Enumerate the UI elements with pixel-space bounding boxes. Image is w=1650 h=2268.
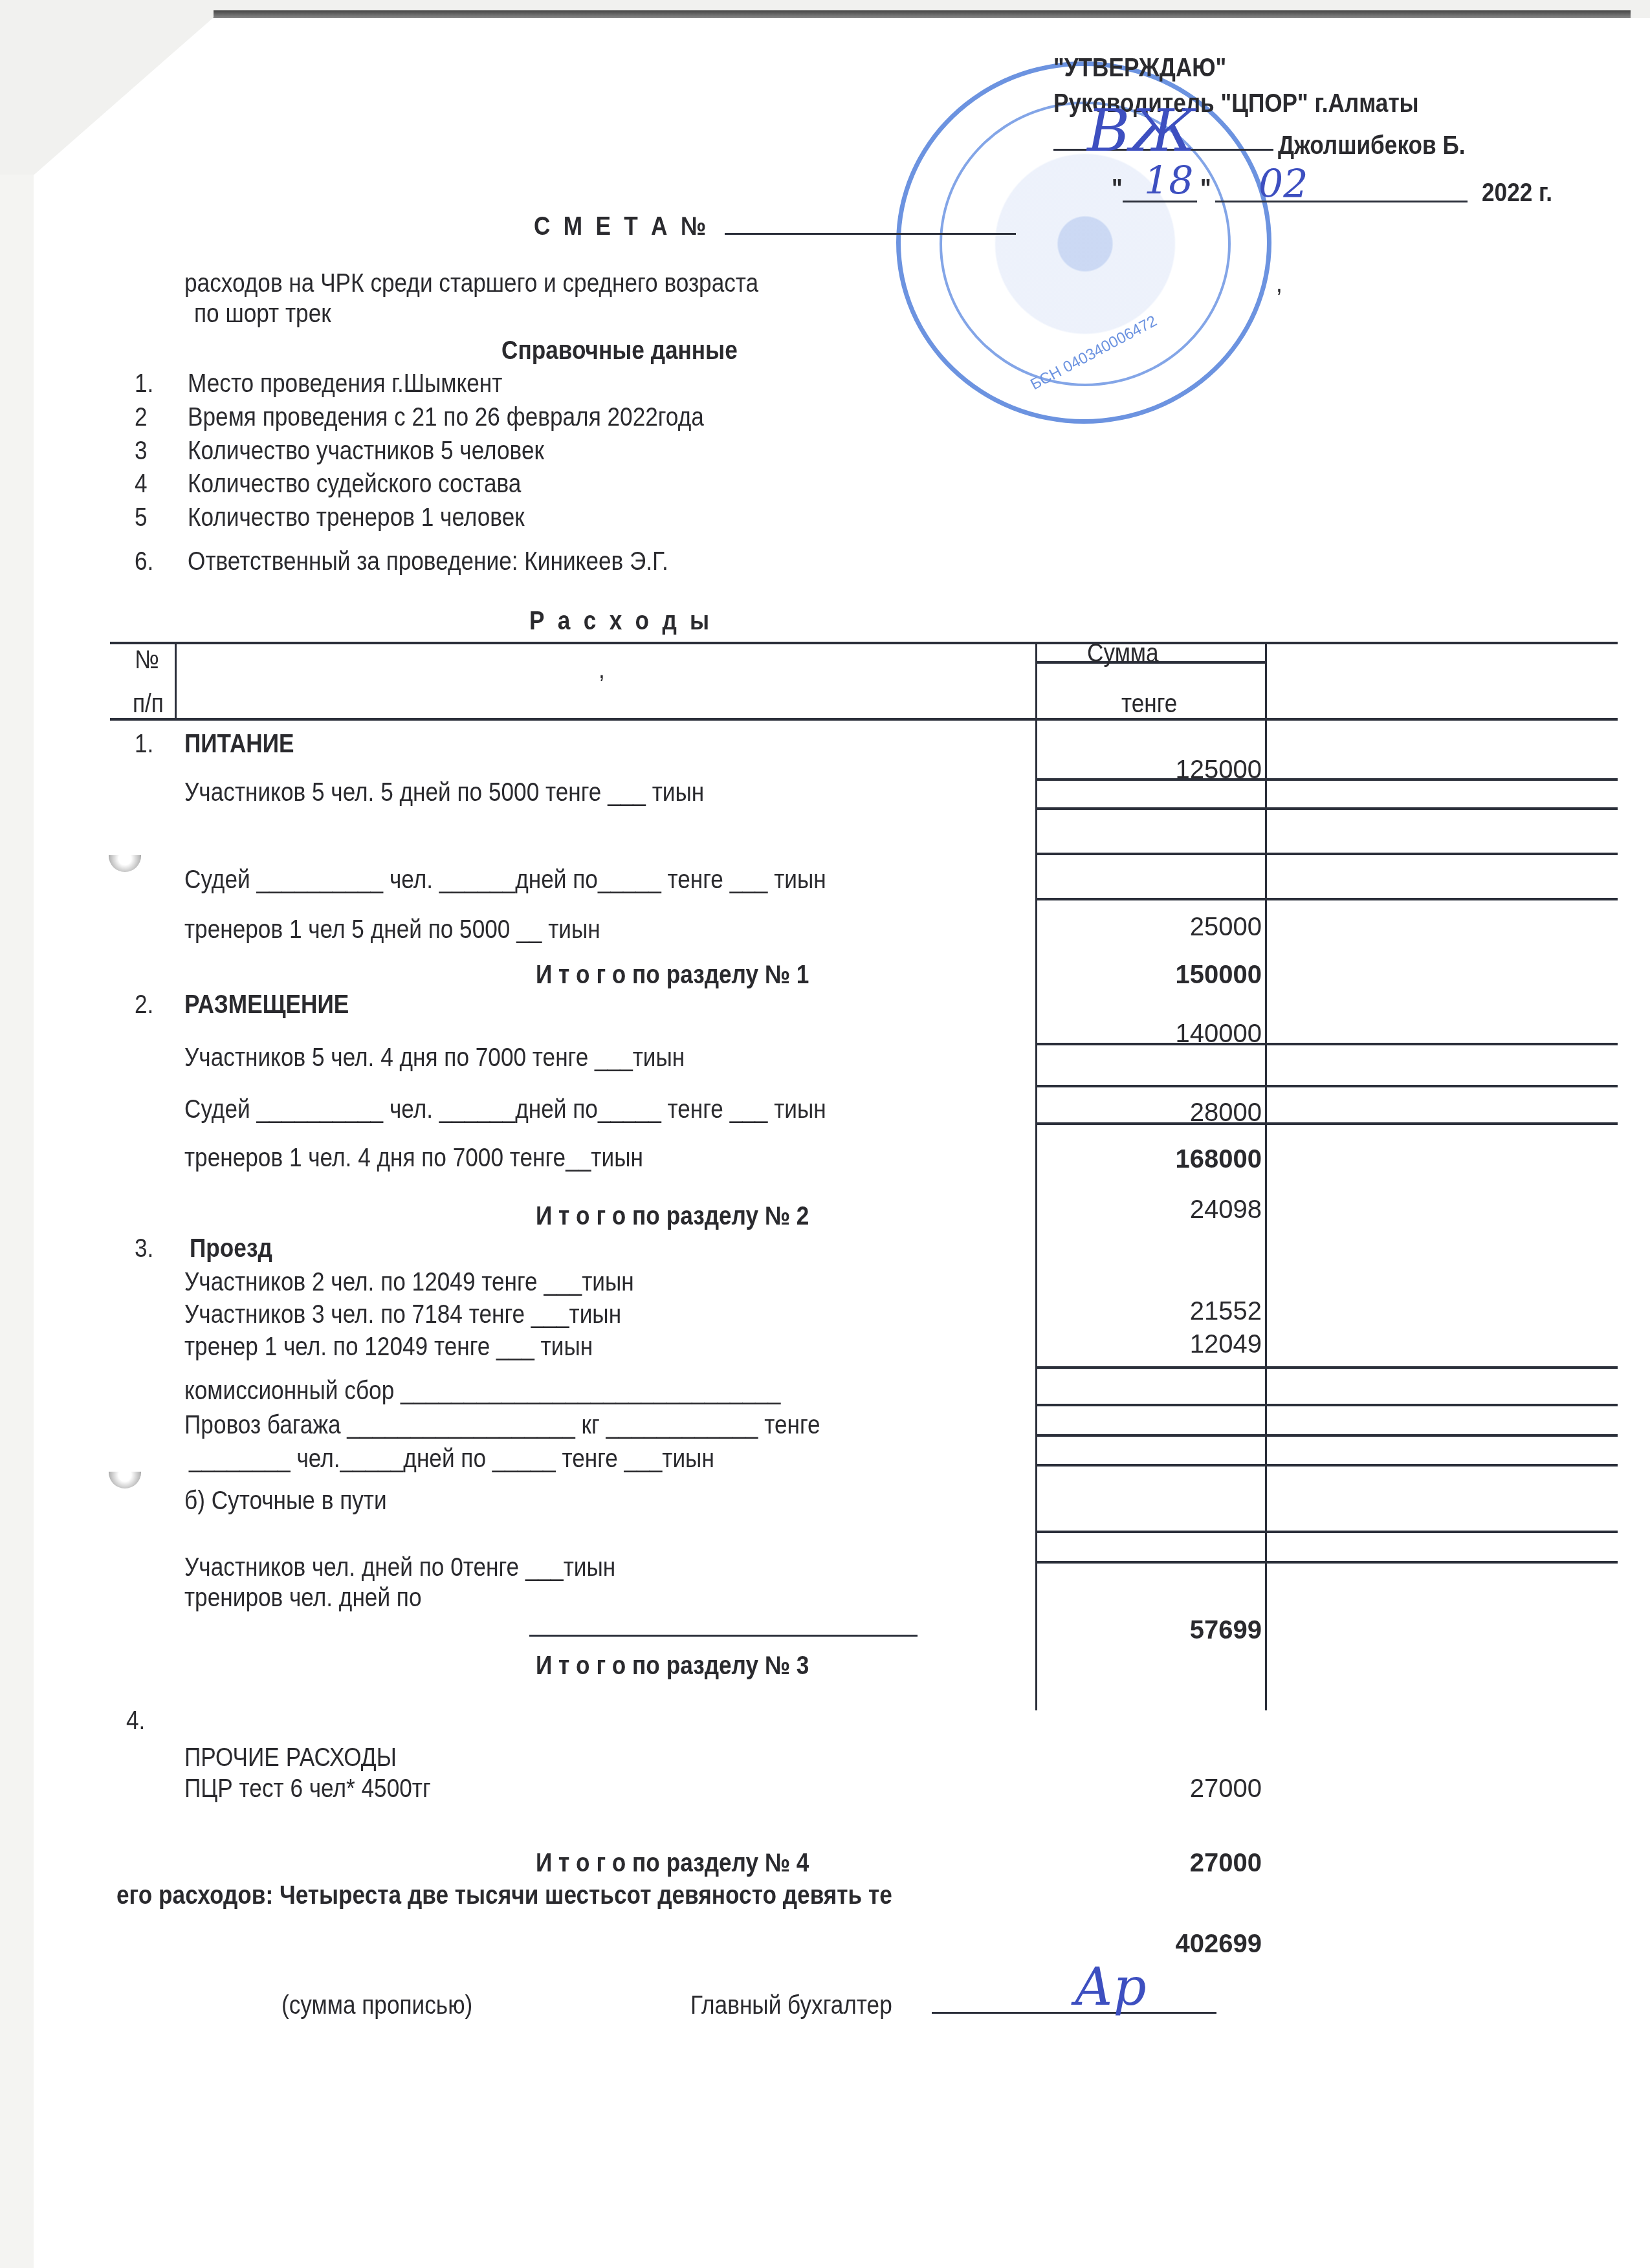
row-line <box>1035 1464 1618 1467</box>
expense-amount: 12049 <box>1171 1331 1262 1357</box>
grand-total-words: его расходов: Четыреста две тысячи шесть… <box>116 1882 892 1908</box>
reference-item: Количество тренеров 1 человек <box>188 505 525 530</box>
num-col-divider <box>175 643 177 718</box>
table-top-border <box>110 642 1618 644</box>
date-month: 02 <box>1259 162 1308 207</box>
reference-num: 5 <box>135 505 148 530</box>
document-subtitle-1: расходов на ЧРК среди старшего и среднег… <box>184 270 758 296</box>
expense-row: ________ чел._____дней по _____ тенге __… <box>189 1446 714 1472</box>
scan-edge-left <box>0 0 34 2268</box>
row-line <box>1035 1434 1618 1437</box>
estimate-number-line <box>725 233 1016 235</box>
section-3-total-line <box>529 1635 918 1637</box>
table-header-bottom <box>110 718 1618 721</box>
expense-amount: 27000 <box>1171 1776 1262 1802</box>
section-total-label: И т о г о по разделу № 4 <box>536 1850 809 1876</box>
section-total: 168000 <box>1171 1146 1262 1172</box>
reference-item: Количество судейского состава <box>188 471 521 497</box>
date-quote-close: " <box>1200 176 1211 202</box>
sum-col-left <box>1035 643 1037 1710</box>
date-year: 2022 г. <box>1482 180 1552 206</box>
expense-row: Участников 3 чел. по 7184 тенге ___тиын <box>184 1302 621 1327</box>
section-title: ПИТАНИЕ <box>184 731 294 757</box>
col-header-sum: Сумма <box>1087 640 1159 666</box>
reference-item: Ответственный за проведение: Киникеев Э.… <box>188 549 668 574</box>
col-header-currency: тенге <box>1121 691 1177 717</box>
expense-row: Провоз багажа __________________ кг ____… <box>184 1412 820 1438</box>
expense-row: тренер 1 чел. по 12049 тенге ___ тиын <box>184 1334 593 1360</box>
punch-hole-2 <box>109 1472 141 1488</box>
expense-row: Участников 5 чел. 5 дней по 5000 тенге _… <box>184 780 704 805</box>
section-total-label: И т о г о по разделу № 1 <box>536 962 809 988</box>
sum-col-right <box>1265 643 1267 1710</box>
expense-row: тренеров 1 чел. 4 дня по 7000 тенге__тиы… <box>184 1145 643 1171</box>
section-total: 27000 <box>1171 1850 1262 1876</box>
section-num: 4. <box>126 1708 145 1734</box>
reference-item: Количество участников 5 человек <box>188 438 544 464</box>
reference-num: 6. <box>135 549 153 574</box>
expense-row: ПЦР тест 6 чел* 4500тг <box>184 1776 431 1802</box>
grand-total: 402699 <box>1171 1931 1262 1957</box>
row-line <box>1035 778 1618 781</box>
stray-comma: , <box>1276 270 1282 296</box>
expense-row: Судей __________ чел. ______дней по_____… <box>184 1096 826 1122</box>
expense-row: трениров чел. дней по <box>184 1585 421 1611</box>
section-num: 3. <box>135 1236 153 1261</box>
scan-shadow-top <box>207 10 1631 18</box>
section-total: 57699 <box>1171 1617 1262 1643</box>
expense-amount: 28000 <box>1171 1100 1262 1126</box>
expenses-heading: Р а с х о д ы <box>529 608 712 634</box>
expense-row: Участников 2 чел. по 12049 тенге ___тиын <box>184 1269 634 1295</box>
reference-heading: Справочные данные <box>501 338 738 364</box>
date-quote-open: " <box>1112 176 1123 202</box>
row-line <box>1035 1043 1618 1045</box>
expense-amount: 25000 <box>1171 914 1262 940</box>
expense-amount: 24098 <box>1171 1197 1262 1223</box>
expense-row: Судей __________ чел. ______дней по_____… <box>184 867 826 893</box>
director-signature: ВЖ <box>1087 97 1195 165</box>
expense-row: тренеров 1 чел 5 дней по 5000 __ тиын <box>184 917 600 943</box>
approval-title: "УТВЕРЖДАЮ" <box>1053 55 1226 81</box>
date-day: 18 <box>1144 158 1193 204</box>
section-total-label: И т о г о по разделу № 3 <box>536 1653 809 1679</box>
reference-num: 1. <box>135 371 153 397</box>
section-num: 2. <box>135 992 153 1018</box>
row-line <box>1035 1085 1618 1087</box>
expense-amount: 125000 <box>1171 757 1262 783</box>
row-line <box>1035 1122 1618 1125</box>
reference-num: 2 <box>135 404 148 430</box>
row-line <box>1035 853 1618 855</box>
chief-accountant-label: Главный бухгалтер <box>690 1992 892 2018</box>
row-line <box>1035 1531 1618 1533</box>
row-line <box>1035 898 1618 900</box>
section-total-label: И т о г о по разделу № 2 <box>536 1203 809 1229</box>
approval-signatory: Джолшибеков Б. <box>1278 133 1466 158</box>
row-line <box>1035 807 1618 810</box>
document-title: С М Е Т А № <box>534 213 709 239</box>
section-num: 1. <box>135 731 153 757</box>
reference-num: 4 <box>135 471 148 497</box>
row-line <box>1035 1366 1618 1369</box>
expense-row: Участников 5 чел. 4 дня по 7000 тенге __… <box>184 1045 685 1071</box>
section-total: 150000 <box>1171 962 1262 988</box>
reference-item: Время проведения с 21 по 26 февраля 2022… <box>188 404 704 430</box>
row-line <box>1035 1404 1618 1406</box>
folded-corner <box>0 0 214 175</box>
section-title: ПРОЧИЕ РАСХОДЫ <box>184 1745 397 1771</box>
row-line <box>1035 1561 1618 1564</box>
col-header-num-sub: п/п <box>133 691 164 717</box>
section-title: РАЗМЕЩЕНИЕ <box>184 992 349 1018</box>
expense-row: б) Суточные в пути <box>184 1488 387 1514</box>
date-month-line <box>1215 201 1468 202</box>
reference-item: Место проведения г.Шымкент <box>188 371 502 397</box>
col-header-desc-mark: , <box>599 657 605 682</box>
chief-accountant-signature: Ар <box>1074 1957 1147 2017</box>
expense-amount: 21552 <box>1171 1298 1262 1324</box>
section-title: Проезд <box>190 1236 272 1261</box>
expense-amount: 140000 <box>1171 1021 1262 1047</box>
reference-num: 3 <box>135 438 148 464</box>
col-header-num: № <box>135 647 159 673</box>
punch-hole-1 <box>109 855 141 872</box>
sum-in-words-caption: (сумма прописью) <box>281 1992 472 2018</box>
expense-row: Участников чел. дней по 0тенге ___тиын <box>184 1554 615 1580</box>
expense-row: комиссионный сбор ______________________… <box>184 1378 780 1404</box>
document-subtitle-2: по шорт трек <box>194 301 331 327</box>
